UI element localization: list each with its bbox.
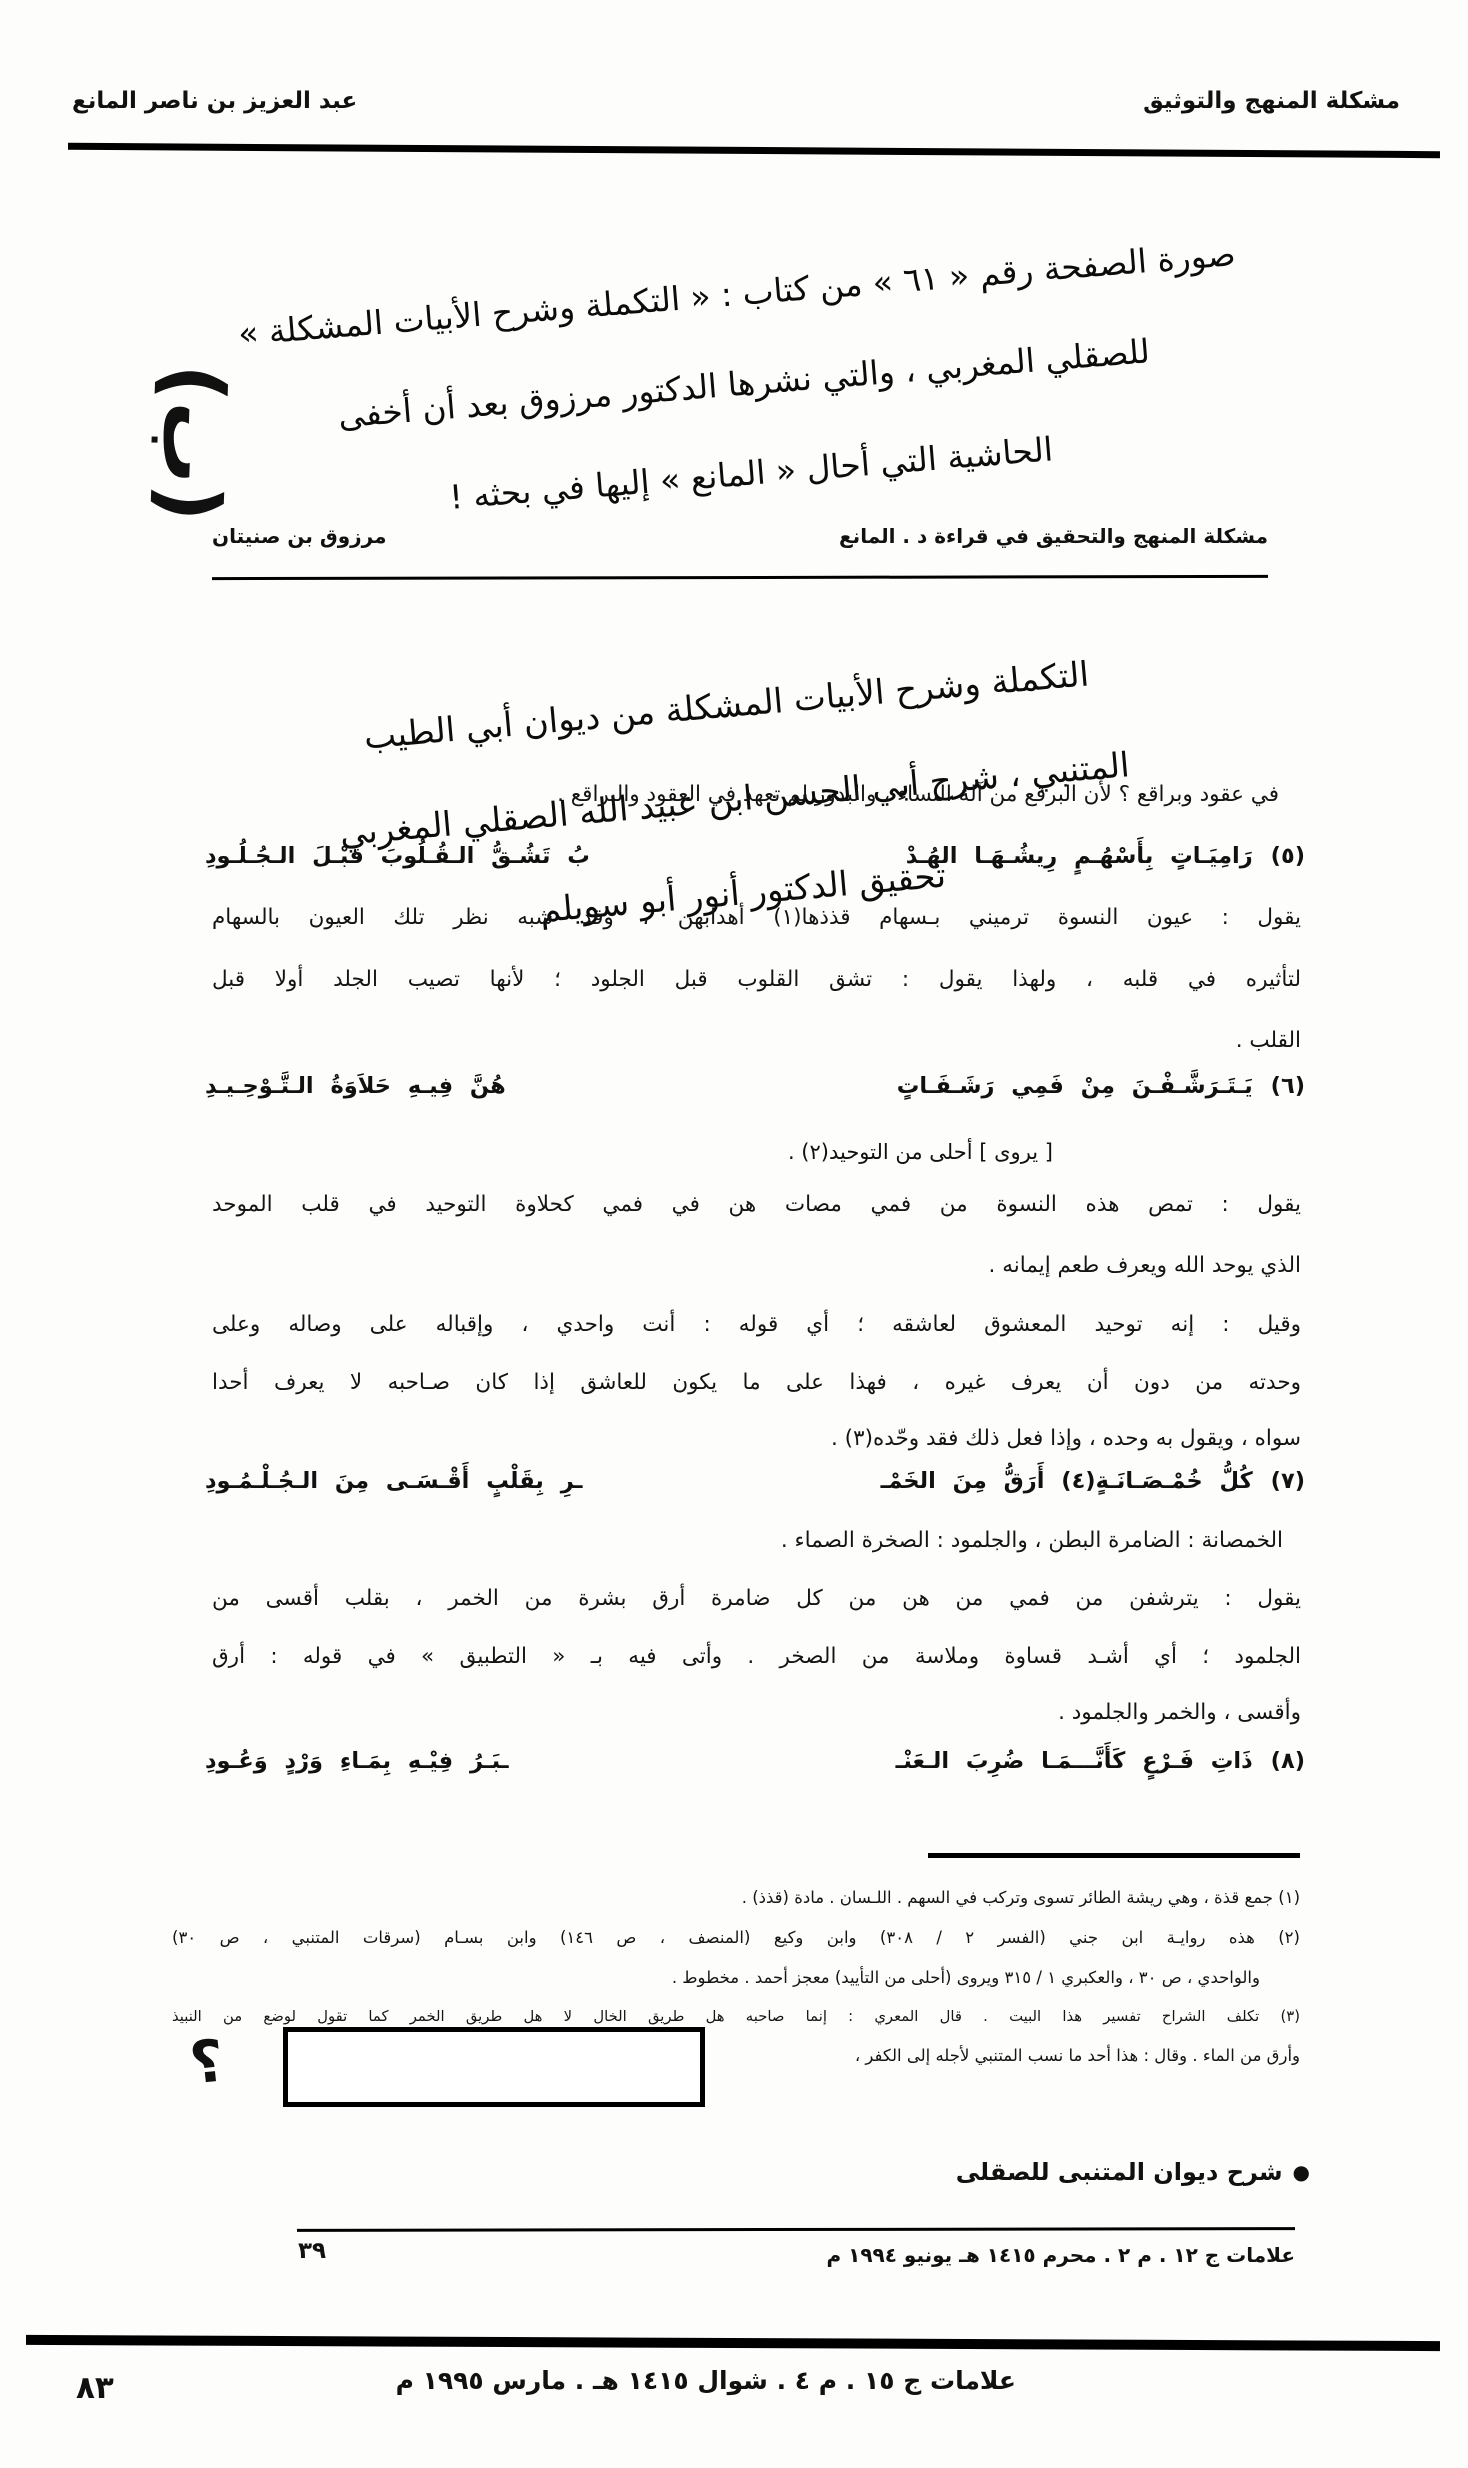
verse-6-hemistich-2: هُنَّ فِيـهِ حَلاَوَةُ الـتَّـوْحِـيـدِ [205,1073,506,1099]
verse-5-hemistich-1: رَامِيَـاتٍ بِأَسْهُـمٍ رِيشُـهَـا الهُـ… [906,843,1253,869]
verse-6-number: (٦) [1271,1073,1305,1099]
body-intro-line: في عقود وبراقع ؟ لأن البرقع من آلة النسا… [212,782,1301,807]
commentary-5-line-3: القلب . [212,1028,1301,1053]
redaction-box [283,2027,705,2107]
verse-5-number: (٥) [1271,843,1305,869]
footnote-2-line-1: (٢) هذه روايـة ابن جني (الفسر ٢ / ٣٠٨) و… [172,1928,1300,1947]
article-title: مشكلة المنهج والتحقيق في قراءة د . المان… [839,524,1268,548]
scanned-document-page: مشكلة المنهج والتوثيق عبد العزيز بن ناصر… [0,0,1468,2468]
gloss-verse-7: الخمصانة : الضامرة البطن ، والجلمود : ال… [212,1528,1301,1553]
handwritten-question-mark: ؟ [187,2026,228,2097]
bottom-footer-rule [26,2335,1440,2351]
reference-line: ● شرح ديوان المتنبى للصقلى [956,2158,1310,2186]
footnote-2-line-2: والواحدي ، ص ٣٠ ، والعكبري ١ / ٣١٥ ويروى… [172,1968,1260,1987]
handwritten-caption: صورة الصفحة رقم « ٦١ » من كتاب : « التكم… [70,196,1417,572]
bottom-footer-page-number: ٨٣ [76,2370,114,2406]
bottom-footer-citation: علامات ج ١٥ . م ٤ . شوال ١٤١٥ هـ . مارس … [396,2366,1016,2395]
inner-author-name: مرزوق بن صنيتان [212,524,386,548]
verse-7-number: (٧) [1271,1468,1305,1494]
footnote-separator-rule [928,1853,1300,1858]
running-header-inner: مشكلة المنهج والتحقيق في قراءة د . المان… [212,524,1268,548]
section-mark-baa: (ب) [147,363,234,523]
commentary-5-line-1: يقول : عيون النسوة ترميني بـسهام قذذها(١… [212,905,1301,930]
inner-footer-citation: علامات ج ١٢ . م ٢ . محرم ١٤١٥ هـ يونيو ١… [826,2243,1295,2267]
commentary-6b-line-3: سواه ، ويقول به وحده ، وإذا فعل ذلك فقد … [212,1426,1301,1451]
bullet-marker: ● [1293,2162,1310,2182]
author-name: عبد العزيز بن ناصر المانع [72,88,357,114]
running-header-top: مشكلة المنهج والتوثيق عبد العزيز بن ناصر… [72,88,1400,114]
commentary-7-line-2: الجلمود ؛ أي أشـد قساوة وملاسة من الصخر … [212,1644,1301,1669]
commentary-6-line-1: يقول : تمص هذه النسوة من فمي مصات هن في … [212,1192,1301,1217]
commentary-7-line-3: وأقسى ، والخمر والجلمود . [212,1700,1301,1725]
footnote-1: (١) جمع قذة ، وهي ريشة الطائر تسوى وتركب… [172,1888,1300,1907]
reference-title: شرح ديوان المتنبى للصقلى [956,2158,1283,2186]
verse-8-number: (٨) [1271,1748,1305,1774]
verse-6: (٦) يَـتَـرَشَّـفْـنَ مِنْ فَمِي رَشَـفَ… [205,1073,1305,1099]
footnote-3-line-1: (٣) تكلف الشراح تفسير هذا البيت . قال ال… [172,2008,1300,2025]
verse-7-hemistich-2: ـرِ بِقَلْبٍ أَقْـسَـى مِنَ الـجُـلْـمُـ… [205,1468,582,1494]
commentary-5-line-2: لتأثيره في قلبه ، ولهذا يقول : تشق القلو… [212,967,1301,992]
verse-8-hemistich-1: ذَاتِ فَـرْعٍ كَأَنَّـــمَـا ضُرِبَ الـع… [896,1748,1253,1774]
verse-8: (٨) ذَاتِ فَـرْعٍ كَأَنَّـــمَـا ضُرِبَ … [205,1748,1305,1774]
verse-5-hemistich-2: بُ تَشُـقُّ الـقُـلُوبَ قَبْـلَ الـجُـلُ… [205,843,590,869]
verse-5: (٥) رَامِيَـاتٍ بِأَسْهُـمٍ رِيشُـهَـا ا… [205,843,1305,869]
verse-7-hemistich-1: كُلُّ خُمْـصَـانَـةٍ(٤) أَرَقُّ مِنَ الخ… [881,1468,1253,1494]
variant-reading-note: [ يروى ] أحلى من التوحيد(٢) . [788,1140,1053,1164]
journal-section-title: مشكلة المنهج والتوثيق [1143,88,1400,114]
commentary-6-line-2: الذي يوحد الله ويعرف طعم إيمانه . [212,1253,1301,1278]
inner-footer-rule [297,2227,1295,2232]
commentary-6b-line-1: وقيل : إنه توحيد المعشوق لعاشقه ؛ أي قول… [212,1312,1301,1337]
commentary-7-line-1: يقول : يترشفن من فمي من هن من كل ضامرة أ… [212,1586,1301,1611]
verse-8-hemistich-2: ـبَـرُ فِيْـهِ بِمَـاءِ وَرْدٍ وَعُـودِ [205,1748,509,1774]
verse-6-hemistich-1: يَـتَـرَشَّـفْـنَ مِنْ فَمِي رَشَـفَـاتٍ [897,1073,1253,1099]
inner-footer-page-number: ٣٩ [298,2238,326,2264]
commentary-6b-line-2: وحدته من دون أن يعرف غيره ، فهذا على ما … [212,1370,1301,1395]
header-rule [68,143,1440,158]
verse-7: (٧) كُلُّ خُمْـصَـانَـةٍ(٤) أَرَقُّ مِنَ… [205,1468,1305,1494]
footnote-3-line-2: وأرق من الماء . وقال : هذا أحد ما نسب ال… [700,2046,1300,2065]
inner-header-rule [212,575,1268,580]
